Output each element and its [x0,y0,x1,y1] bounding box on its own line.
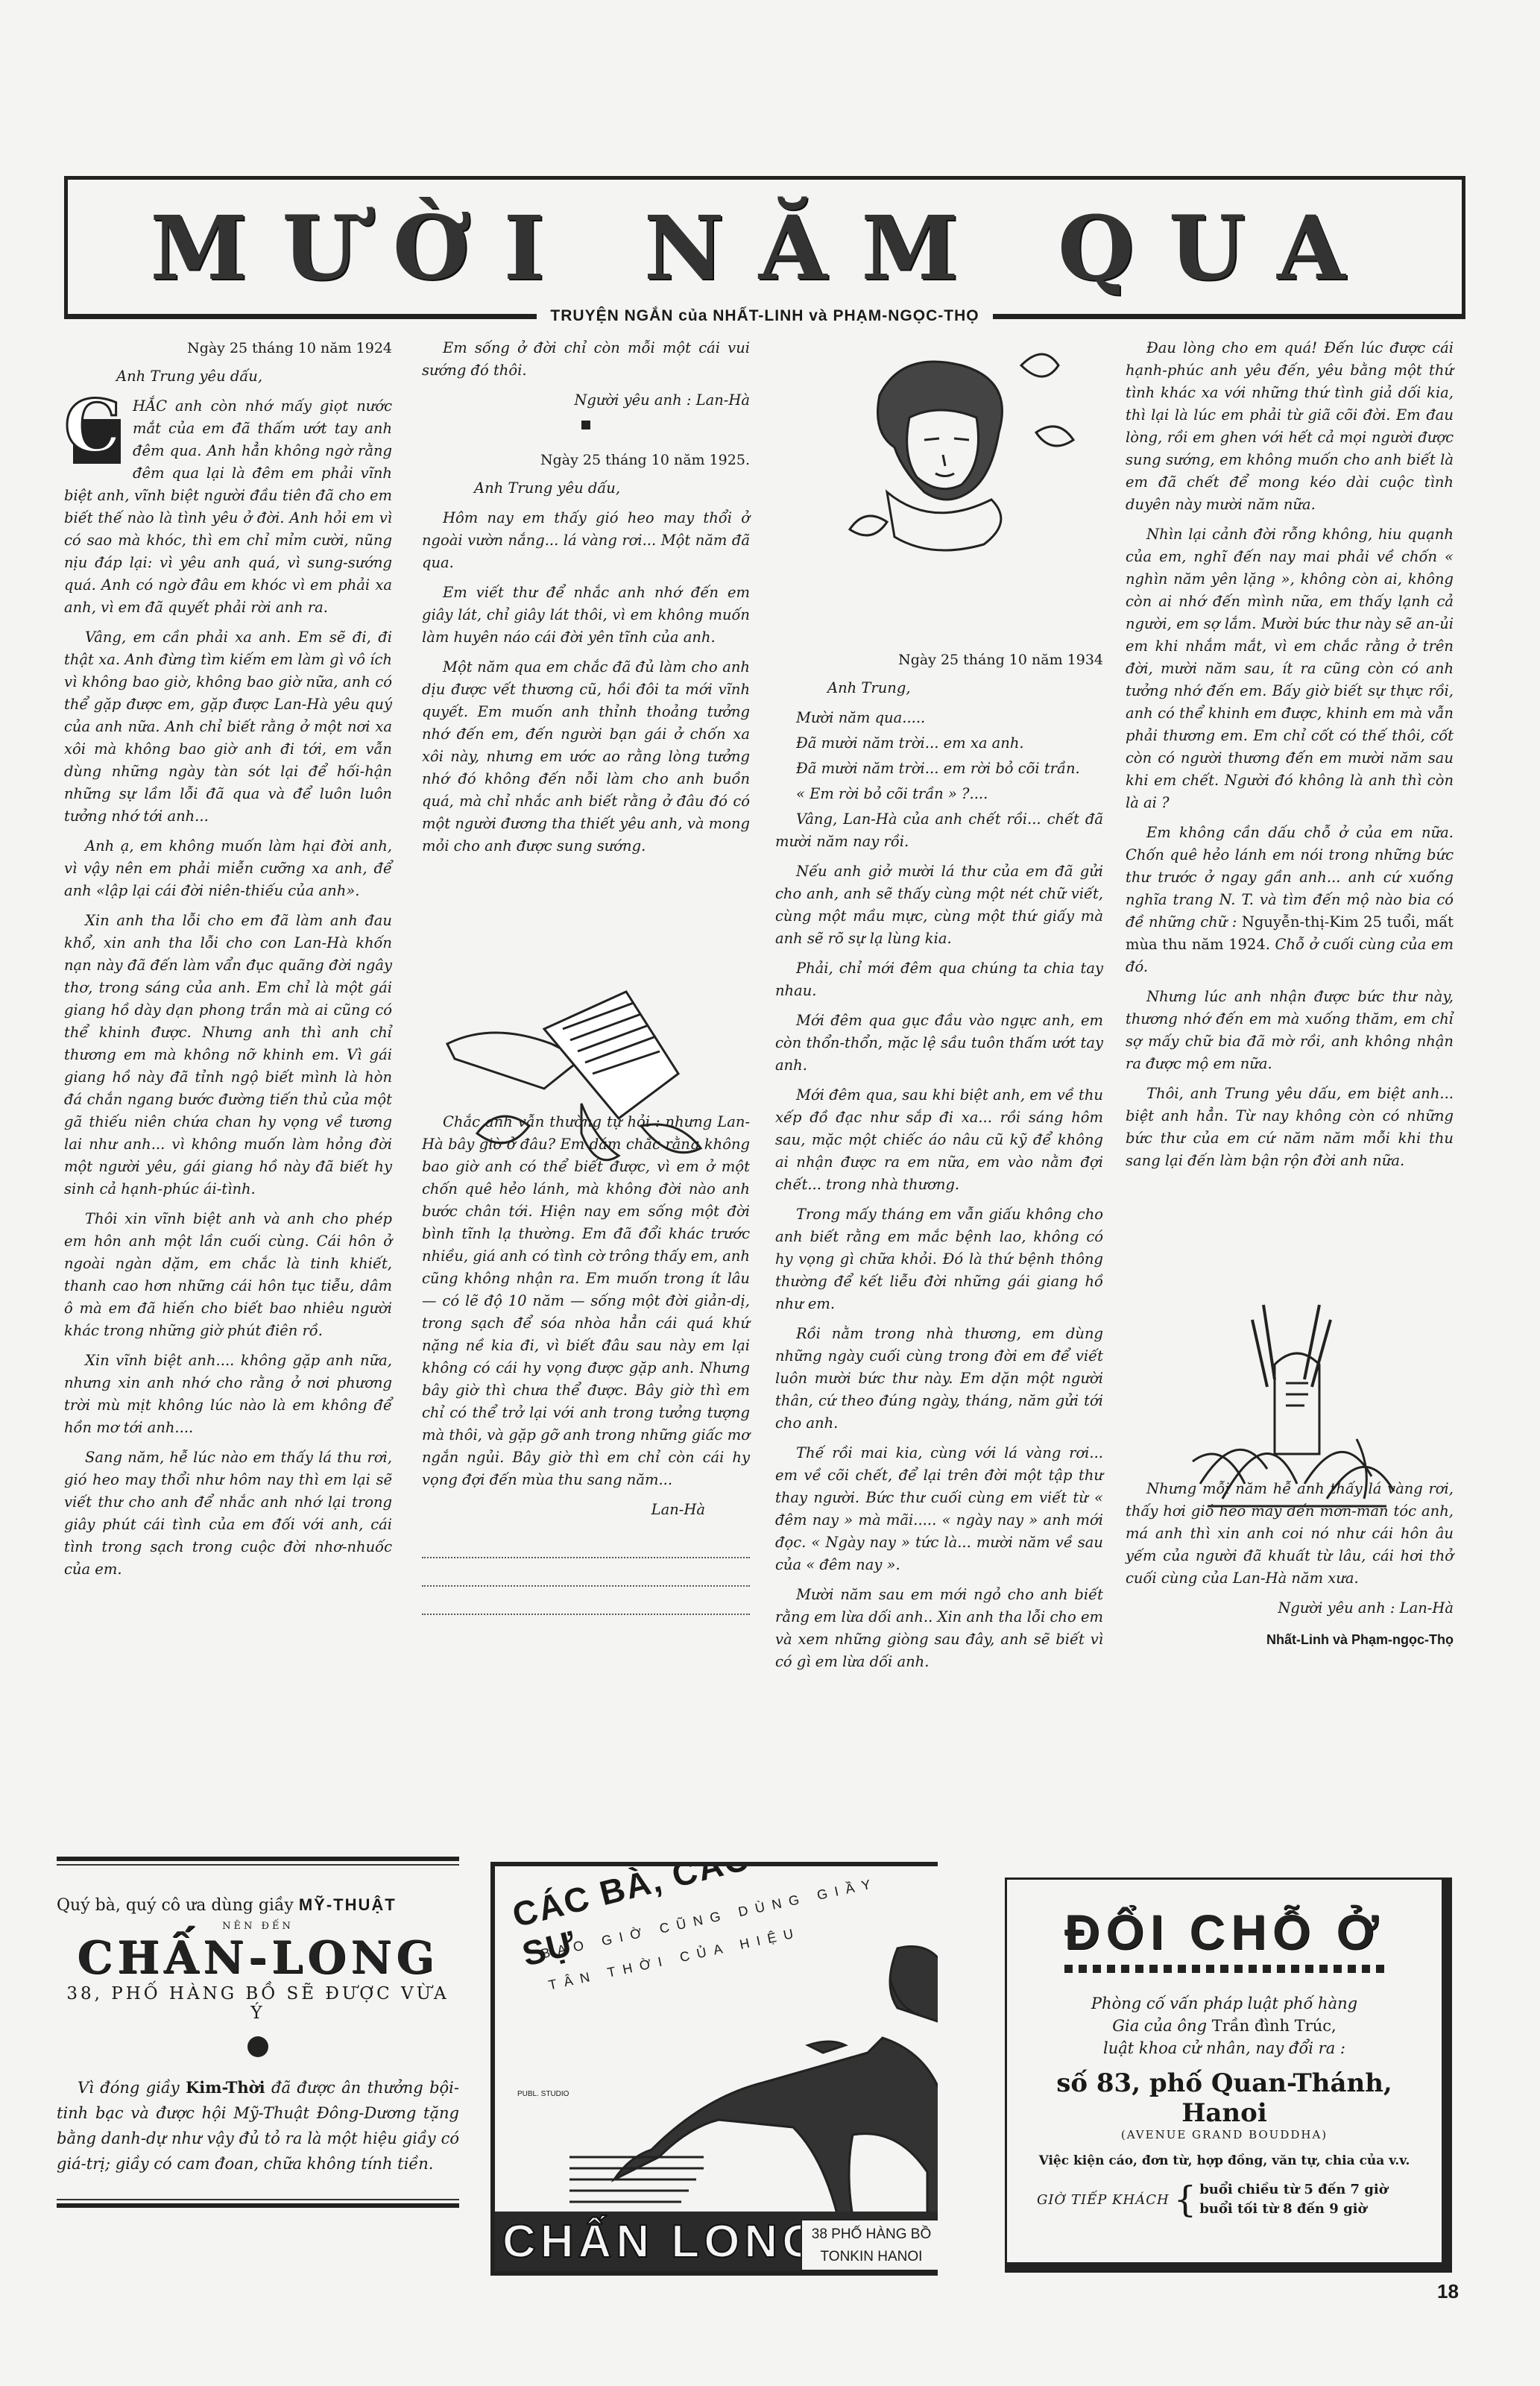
paragraph: Đau lòng cho em quá! Đến lúc được cái hạ… [1126,337,1454,516]
ad-chan-long-text: Quý bà, quý cô ưa dùng giầy MỸ-THUẬT NÊN… [57,1857,459,2244]
letter-leaves-illustration [432,984,730,1208]
ornament-squares-row [1022,1965,1427,1973]
paragraph: Trong mấy tháng em vẫn giấu không cho an… [775,1203,1103,1315]
letter3-signature: Người yêu anh : Lan-Hà [1126,1597,1454,1619]
separator-square-icon [581,421,590,429]
ad2-brand: CHẤN LONG [502,2215,822,2268]
story-title: MƯỜI NĂM QUA [68,196,1462,300]
dotted-line [422,1558,750,1587]
line: Mười năm qua..... [775,707,1103,729]
ad2-address-box: 38 PHỐ HÀNG BỒ TONKIN HANOI [801,2219,938,2271]
ad3-headline: ĐỔI CHỖ Ở [1022,1904,1427,1960]
ad3-line2: Gia của ông Trần đình Trúc, [1022,2015,1427,2037]
byline-rule-right [993,314,1465,319]
letter3-salutation: Anh Trung, [775,677,1103,699]
ad1-body: Vì đóng giầy Kim-Thời đã được ân thưởng … [57,2075,459,2176]
ad1-address: 38, PHỐ HÀNG BỒ SẼ ĐƯỢC VỪA Ý [57,1984,459,2023]
byline: TRUYỆN NGẮN của NHẤT-LINH và PHẠM-NGỌC-T… [537,307,992,325]
authors-signature: Nhất-Linh và Phạm-ngọc-Thọ [1126,1628,1454,1651]
paragraph: Một năm qua em chắc đã đủ làm cho anh dị… [422,656,750,857]
ad3-line3: luật khoa cử nhân, nay đổi ra : [1022,2037,1427,2059]
ad-chan-long-illustrated: CÁC BÀ, CÁC CÔ LỊCH SỰ BAO GIỜ CŨNG DÙNG… [490,1862,938,2276]
ad-doi-cho-o: ĐỔI CHỖ Ở Phòng cố vấn pháp luật phố hàn… [1005,1877,1452,2273]
ad1-line2: NÊN ĐẾN [57,1921,459,1932]
paragraph: Nếu anh giở mười lá thư của em đã gửi ch… [775,860,1103,950]
ad3-hours: GIỜ TIẾP KHÁCH { buổi chiều từ 5 đến 7 g… [1022,2180,1427,2219]
paragraph: Em sống ở đời chỉ còn mỗi một cái vui sư… [422,337,750,382]
ad3-address: số 83, phố Quan-Thánh, Hanoi [1022,2068,1427,2128]
paragraph: Em viết thư để nhắc anh nhớ đến em giây … [422,582,750,649]
woman-portrait-illustration [820,336,1088,582]
paragraph: Thôi, anh Trung yêu dấu, em biệt anh... … [1126,1083,1454,1172]
hours-item: buổi chiều từ 5 đến 7 giờ [1199,2180,1388,2200]
column-1: Ngày 25 tháng 10 năm 1924 Anh Trung yêu … [64,337,392,1588]
ad3-avenue: (AVENUE GRAND BOUDDHA) [1022,2128,1427,2141]
letter2-salutation: Anh Trung yêu dấu, [422,477,750,500]
grave-illustration [1178,1290,1401,1514]
line: Đã mười năm trời... em xa anh. [775,732,1103,755]
paragraph: Xin vĩnh biệt anh.... không gặp anh nữa,… [64,1350,392,1439]
paragraph: Nhưng lúc anh nhận được bức thư này, thư… [1126,986,1454,1075]
paragraph: Nhìn lại cảnh đời rỗng không, hiu quạnh … [1126,523,1454,814]
letter1-signature: Người yêu anh : Lan-Hà [422,389,750,412]
paragraph: Thôi xin vĩnh biệt anh và anh cho phép e… [64,1208,392,1342]
ad2-studio-credit: PUBL. STUDIO [517,2090,569,2098]
hours-list: buổi chiều từ 5 đến 7 giờ buổi tối từ 8 … [1199,2180,1388,2219]
paragraph: Mười năm sau em mới ngỏ cho anh biết rằn… [775,1584,1103,1673]
ad3-line1: Phòng cố vấn pháp luật phố hàng [1022,1992,1427,2015]
rule [57,1857,459,1861]
byline-row: TRUYỆN NGẮN của NHẤT-LINH và PHẠM-NGỌC-T… [64,301,1465,331]
ad1-brand: CHẤN-LONG [57,1932,459,1984]
ornament-dot-icon [247,2036,268,2057]
dropcap-c-icon: C [64,398,125,467]
letter3-date: Ngày 25 tháng 10 năm 1934 [775,649,1103,671]
paragraph: Mới đêm qua, sau khi biệt anh, em về thu… [775,1084,1103,1196]
title-frame: MƯỜI NĂM QUA [64,176,1465,318]
paragraph: Mới đêm qua gục đầu vào ngực anh, em còn… [775,1010,1103,1077]
paragraph: Phải, chỉ mới đêm qua chúng ta chia tay … [775,957,1103,1002]
paragraph: Hôm nay em thấy gió heo may thổi ở ngoài… [422,507,750,574]
paragraph: Anh ạ, em không muốn làm hại đời anh, vì… [64,835,392,902]
column-2: Em sống ở đời chỉ còn mỗi một cái vui sư… [422,337,750,1615]
ad3-services: Việc kiện cáo, đơn từ, hợp đồng, văn tự,… [1022,2153,1427,2168]
line: « Em rời bỏ cõi trần » ?.... [775,783,1103,805]
paragraph: Vâng, Lan-Hà của anh chết rồi... chết đã… [775,808,1103,853]
paragraph: Rồi nằm trong nhà thương, em dùng những … [775,1323,1103,1435]
hours-item: buổi tối từ 8 đến 9 giờ [1199,2200,1388,2219]
paragraph: Thế rồi mai kia, cùng với lá vàng rơi...… [775,1442,1103,1576]
rule [57,1864,459,1866]
rule [57,2199,459,2200]
letter1-date: Ngày 25 tháng 10 năm 1924 [64,337,392,359]
line: Đã mười năm trời... em rời bỏ cõi trần. [775,758,1103,780]
paragraph: Em không cần dấu chỗ ở của em nữa. Chốn … [1126,822,1454,978]
dotted-line [422,1530,750,1558]
brace-icon: { [1174,2182,1197,2217]
hours-label: GIỜ TIẾP KHÁCH [1037,2192,1170,2208]
page-number: 18 [1437,2280,1459,2303]
dotted-line [422,1587,750,1615]
paragraph: Sang năm, hễ lúc nào em thấy lá thu rơi,… [64,1447,392,1581]
ad1-line1: Quý bà, quý cô ưa dùng giầy MỸ-THUẬT [57,1895,459,1915]
byline-rule-left [64,314,537,319]
letter2-date: Ngày 25 tháng 10 năm 1925. [422,449,750,471]
column-3: Ngày 25 tháng 10 năm 1934 Anh Trung, Mườ… [775,649,1103,1681]
letter2-signature: Lan-Hà [422,1499,750,1521]
paragraph: Vâng, em cần phải xa anh. Em sẽ đi, đi t… [64,626,392,828]
rule [57,2203,459,2208]
paragraph: Xin anh tha lỗi cho em đã làm anh đau kh… [64,910,392,1200]
